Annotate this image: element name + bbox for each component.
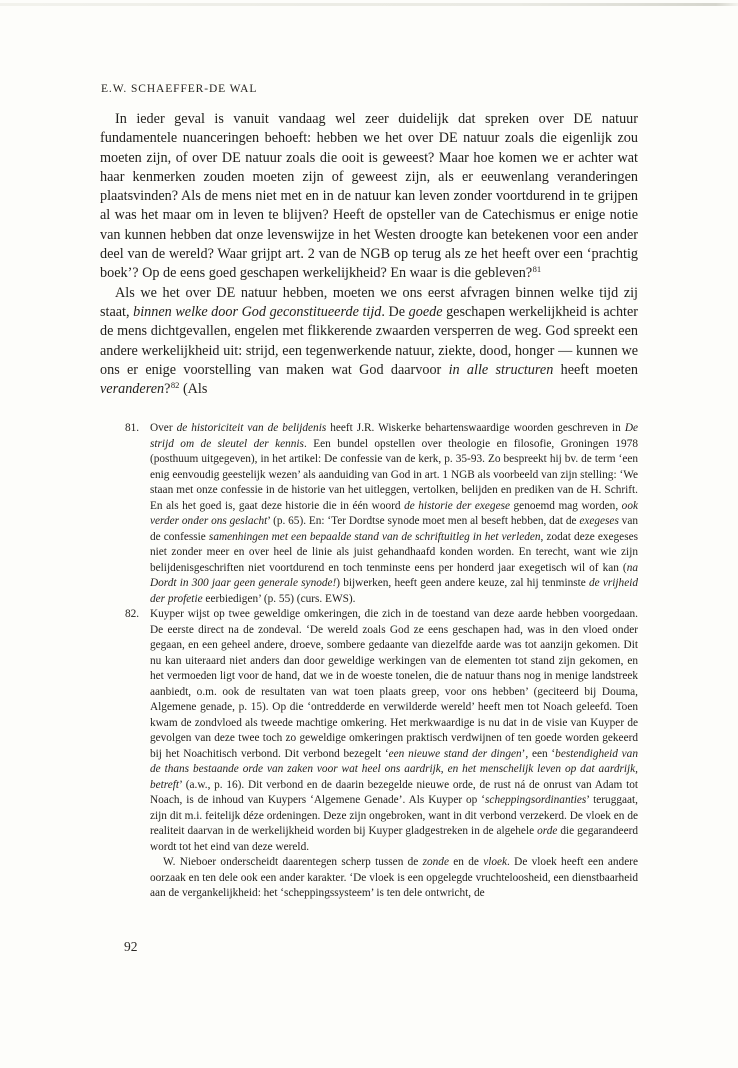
footnote-number: 82. xyxy=(125,607,147,623)
italic-phrase: een nieuwe stand der dingen xyxy=(389,748,522,760)
body-paragraph: Als we het over DE natuur hebben, moeten… xyxy=(100,284,638,400)
footnote: 82.Kuyper wijst op twee geweldige omkeri… xyxy=(125,607,638,902)
italic-phrase: zonde xyxy=(423,856,449,868)
italic-phrase: de historie der exegese xyxy=(404,500,510,512)
italic-phrase: vloek xyxy=(483,856,507,868)
body-text: In ieder geval is vanuit vandaag wel zee… xyxy=(100,110,638,399)
footnote-paragraph: Over de historiciteit van de belijdenis … xyxy=(150,421,638,607)
running-header-author: E.W. SCHAEFFER-DE WAL xyxy=(101,83,257,95)
footnote-reference: 81 xyxy=(533,264,542,274)
footnote-number: 81. xyxy=(125,421,147,437)
italic-phrase: binnen welke door God geconstitueerde ti… xyxy=(133,304,381,320)
footnote-reference: 82 xyxy=(171,380,180,390)
footnote-paragraph: W. Nieboer onderscheidt daarentegen sche… xyxy=(150,855,638,902)
italic-phrase: scheppingsordinanties xyxy=(485,794,586,806)
footnote: 81.Over de historiciteit van de belijden… xyxy=(125,421,638,607)
italic-phrase: exegeses xyxy=(579,515,619,527)
page-number: 92 xyxy=(124,939,138,955)
italic-phrase: samenhingen met een bepaalde stand van d… xyxy=(209,531,541,543)
italic-phrase: goede xyxy=(409,304,443,320)
italic-phrase: na Dordt in 300 jaar geen generale synod… xyxy=(150,562,638,590)
scan-artifact-line xyxy=(0,3,738,6)
italic-phrase: veranderen xyxy=(100,381,164,397)
scanned-book-page: E.W. SCHAEFFER-DE WAL In ieder geval is … xyxy=(0,0,738,1068)
italic-phrase: de historiciteit van de belijdenis xyxy=(177,422,327,434)
italic-phrase: orde xyxy=(537,825,557,837)
footnotes-section: 81.Over de historiciteit van de belijden… xyxy=(125,421,638,902)
footnote-paragraph: Kuyper wijst op twee geweldige omkeringe… xyxy=(150,607,638,855)
italic-phrase: ook verder onder ons geslacht xyxy=(150,500,638,528)
body-paragraph: In ieder geval is vanuit vandaag wel zee… xyxy=(100,110,638,284)
italic-phrase: in alle structuren xyxy=(449,362,554,378)
